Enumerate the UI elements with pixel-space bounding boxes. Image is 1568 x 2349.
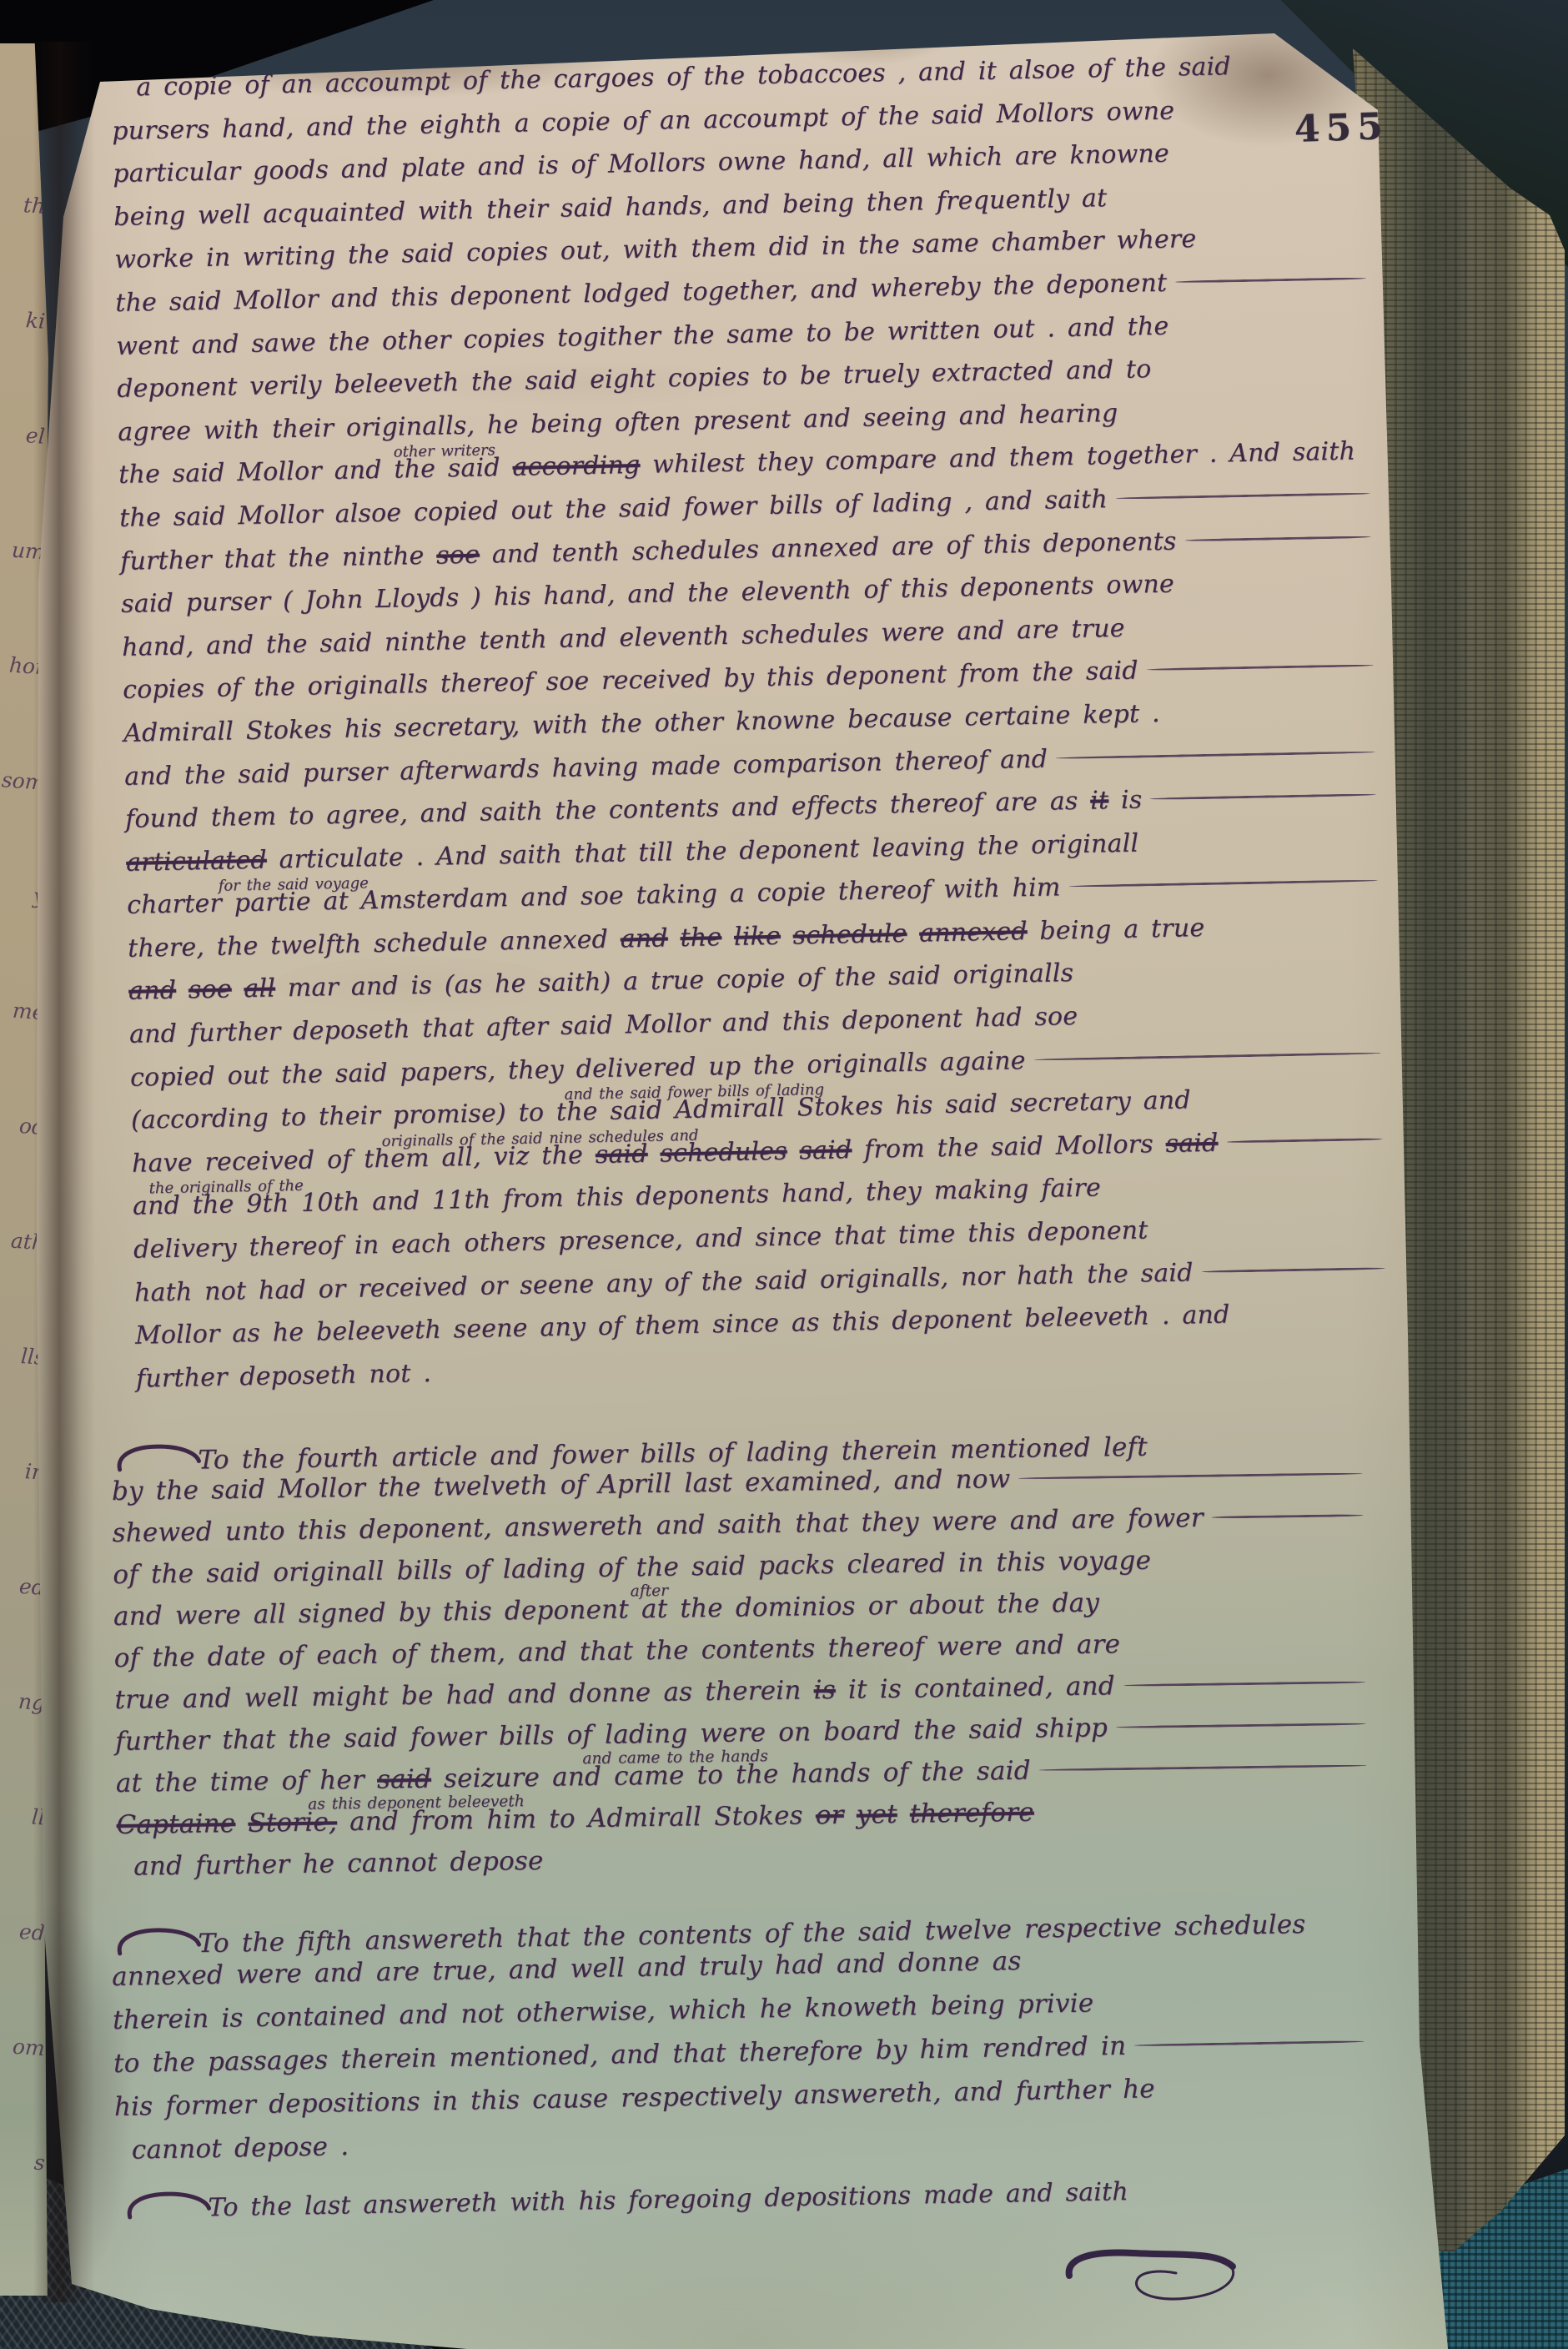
line-filler-dash [1123, 1681, 1366, 1687]
interlinear-insertion: as this deponent beleeveth [308, 1793, 525, 1813]
line-filler-dash [1184, 536, 1370, 541]
line-filler-dash [1116, 492, 1370, 500]
line-filler-dash [1068, 879, 1377, 888]
line-filler-dash [1212, 1514, 1364, 1519]
interlinear-insertion: for the said voyage [219, 875, 369, 895]
manuscript: a copie of an accoumpt of the cargoes of… [0, 0, 1568, 2349]
paragraph-initial-swash [114, 1922, 202, 1959]
line-filler-dash [1134, 2040, 1364, 2047]
line-filler-dash [1226, 1138, 1382, 1144]
paragraph-initial-swash [124, 2186, 212, 2222]
interlinear-insertion: other writers [394, 442, 496, 461]
interlinear-insertion: after [631, 1582, 669, 1601]
photographed-manuscript-page: thkielumhorsomymeodathllsinednglledoms 4… [0, 0, 1568, 2349]
end-flourish-swash [1061, 2239, 1244, 2312]
line-filler-dash [1039, 1764, 1367, 1771]
answer-fifth-article: To the fifth answereth that the contents… [111, 1897, 1376, 2179]
line-filler-dash [1018, 1472, 1363, 1480]
line-filler-dash [1116, 1723, 1366, 1728]
line-filler-dash [1175, 277, 1366, 283]
line-filler-dash [1147, 664, 1374, 671]
deposition-continuation: a copie of an accoumpt of the cargoes of… [111, 49, 1397, 1407]
line-filler-dash [1034, 1052, 1381, 1061]
interlinear-insertion: the originalls of the [148, 1177, 304, 1198]
interlinear-insertion: and came to the hands [582, 1748, 768, 1768]
line-filler-dash [1056, 751, 1375, 759]
answer-fourth-article: To the fourth article and fower bills of… [111, 1417, 1379, 1894]
paragraph-initial-swash [114, 1438, 202, 1474]
line-filler-dash [1150, 793, 1376, 800]
line-filler-dash [1202, 1267, 1385, 1273]
page-number: 455 [1294, 105, 1390, 151]
